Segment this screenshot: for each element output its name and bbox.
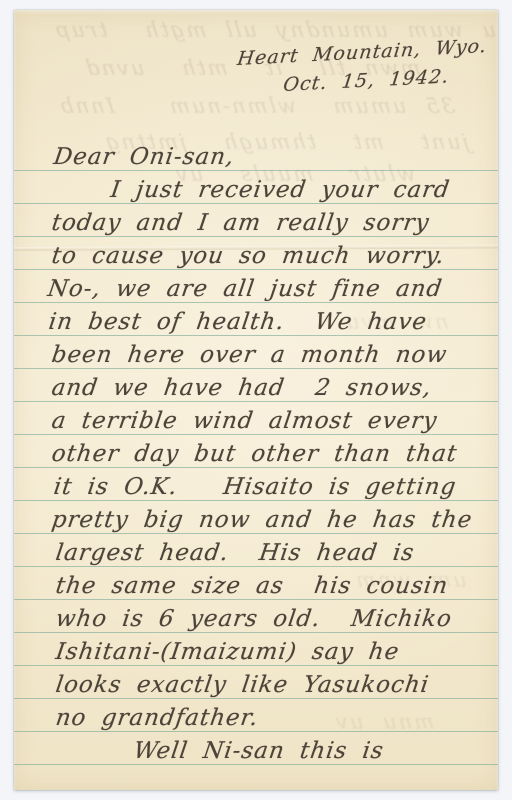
letter-line: in best of health. We have bbox=[47, 309, 429, 335]
letter-line: and we have had 2 snows, bbox=[50, 375, 433, 401]
letter-salutation: Dear Oni-san, bbox=[52, 144, 236, 170]
letter-line: today and I am really sorry bbox=[50, 210, 431, 236]
letter-page: u wum umundny ull mgth trup mwn tll it m… bbox=[14, 10, 498, 790]
letter-line: looks exactly like Yasukochi bbox=[54, 672, 431, 698]
letter-line: who is 6 years old. Michiko bbox=[54, 606, 454, 632]
letter-line: a terrible wind almost every bbox=[50, 408, 439, 434]
bleedthrough-writing: mnu uv bbox=[332, 710, 435, 734]
letter-line: Well Ni-san this is bbox=[132, 738, 386, 764]
letter-line: the same size as his cousin bbox=[54, 573, 450, 599]
letter-line: been here over a month now bbox=[50, 342, 449, 368]
letter-line: No-, we are all just fine and bbox=[46, 276, 444, 302]
letter-line: no grandfather. bbox=[54, 705, 260, 731]
letter-line: other day but other than that bbox=[50, 441, 459, 467]
letter-line: I just received your card bbox=[109, 177, 452, 203]
letter-line: largest head. His head is bbox=[54, 540, 416, 566]
letter-line: it is O.K. Hisaito is getting bbox=[52, 474, 458, 500]
letter-line: Ishitani-(Imaizumi) say he bbox=[54, 639, 401, 665]
letter-line: to cause you so much worry. bbox=[50, 243, 447, 269]
letter-line: pretty big now and he has the bbox=[50, 507, 474, 533]
letter-date-line: Oct. 15, 1942. bbox=[282, 65, 451, 96]
bleedthrough-writing: 35 umum wlmn-num Innb bbox=[56, 94, 456, 118]
scan-background: u wum umundny ull mgth trup mwn tll it m… bbox=[0, 0, 512, 800]
